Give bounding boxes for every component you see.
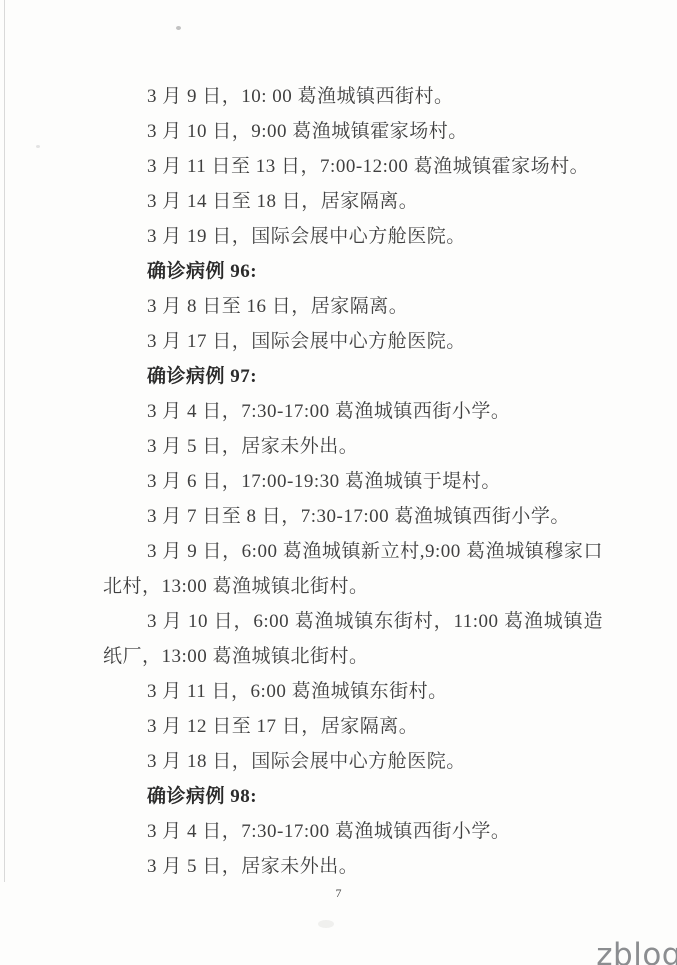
itinerary-line: 3 月 12 日至 17 日，居家隔离。 <box>103 709 603 744</box>
itinerary-line: 3 月 18 日，国际会展中心方舱医院。 <box>103 744 603 779</box>
itinerary-line: 3 月 4 日，7:30-17:00 葛渔城镇西街小学。 <box>103 814 603 849</box>
page-number: 7 <box>0 886 677 901</box>
itinerary-line: 3 月 9 日，10: 00 葛渔城镇西街村。 <box>103 79 603 114</box>
case-heading: 确诊病例 98: <box>103 779 603 814</box>
document-page: 3 月 9 日，10: 00 葛渔城镇西街村。3 月 10 日，9:00 葛渔城… <box>0 0 677 965</box>
watermark-zblog: zblog <box>596 937 677 965</box>
case-heading: 确诊病例 96: <box>103 254 603 289</box>
itinerary-line: 3 月 9 日，6:00 葛渔城镇新立村,9:00 葛渔城镇穆家口北村，13:0… <box>103 534 603 604</box>
scan-artifact-dot <box>36 145 40 148</box>
itinerary-line: 3 月 11 日，6:00 葛渔城镇东街村。 <box>103 674 603 709</box>
scan-artifact-dot <box>176 26 181 30</box>
itinerary-line: 3 月 11 日至 13 日，7:00-12:00 葛渔城镇霍家场村。 <box>103 149 603 184</box>
itinerary-line: 3 月 19 日，国际会展中心方舱医院。 <box>103 219 603 254</box>
case-heading: 确诊病例 97: <box>103 359 603 394</box>
itinerary-line: 3 月 4 日，7:30-17:00 葛渔城镇西街小学。 <box>103 394 603 429</box>
itinerary-line: 3 月 17 日，国际会展中心方舱医院。 <box>103 324 603 359</box>
itinerary-line: 3 月 10 日，9:00 葛渔城镇霍家场村。 <box>103 114 603 149</box>
itinerary-line: 3 月 14 日至 18 日，居家隔离。 <box>103 184 603 219</box>
itinerary-line: 3 月 8 日至 16 日，居家隔离。 <box>103 289 603 324</box>
itinerary-line: 3 月 10 日，6:00 葛渔城镇东街村，11:00 葛渔城镇造纸厂，13:0… <box>103 604 603 674</box>
document-content: 3 月 9 日，10: 00 葛渔城镇西街村。3 月 10 日，9:00 葛渔城… <box>103 79 603 884</box>
itinerary-line: 3 月 5 日，居家未外出。 <box>103 849 603 884</box>
itinerary-line: 3 月 5 日，居家未外出。 <box>103 429 603 464</box>
scan-artifact-smudge <box>318 920 334 928</box>
scan-edge-line <box>4 0 5 882</box>
itinerary-line: 3 月 7 日至 8 日，7:30-17:00 葛渔城镇西街小学。 <box>103 499 603 534</box>
itinerary-line: 3 月 6 日，17:00-19:30 葛渔城镇于堤村。 <box>103 464 603 499</box>
